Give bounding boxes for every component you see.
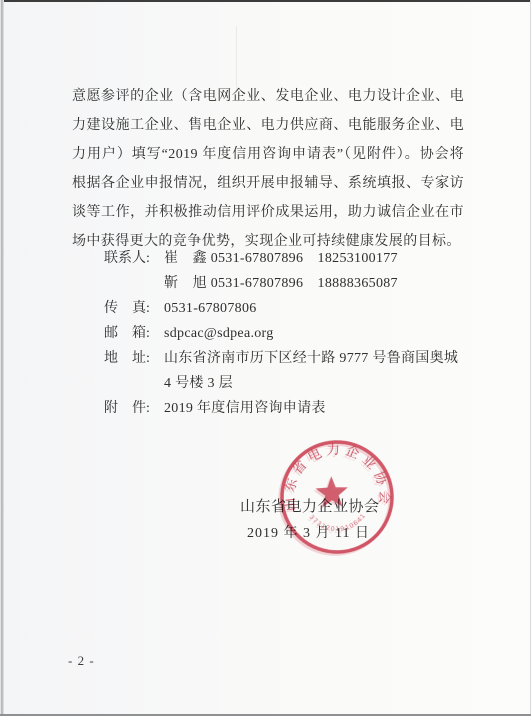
contact-block: 联系人: 崔 鑫 0531-67807896 18253100177 靳 旭 0… [104,246,466,421]
scanned-document-page: 意愿参评的企业（含电网企业、发电企业、电力设计企业、电力建设施工企业、售电企业、… [0,0,531,716]
contact-row: 邮 箱: sdpcac@sdpea.org [104,321,466,346]
contact-row: 传 真: 0531-67807806 [104,296,466,321]
contact-label: 联系人: [104,246,164,271]
scan-edge-top [0,0,531,2]
star-icon [315,476,348,508]
contact-row: 靳 旭 0531-67807896 18888365087 [104,271,466,296]
contact-label: 传 真: [104,296,164,321]
contact-value: 崔 鑫 0531-67807896 18253100177 [164,246,466,271]
contact-label: 地 址: [104,346,164,396]
contact-label [104,271,164,296]
official-seal-graphic: 山东省电力企业协会 3731201910641 [274,434,400,560]
contact-value: 靳 旭 0531-67807896 18888365087 [164,271,466,296]
seal-serial-number: 3731201910641 [308,512,369,534]
contact-row: 附 件: 2019 年度信用咨询申请表 [104,396,466,421]
svg-text:3731201910641: 3731201910641 [308,512,369,534]
body-paragraph: 意愿参评的企业（含电网企业、发电企业、电力设计企业、电力建设施工企业、售电企业、… [72,82,464,256]
contact-label: 邮 箱: [104,321,164,346]
contact-value: 0531-67807806 [164,296,466,321]
official-seal: 山东省电力企业协会 3731201910641 [274,434,400,560]
contact-value: 2019 年度信用咨询申请表 [164,396,466,421]
contact-value: 山东省济南市历下区经十路 9777 号鲁商国奥城 4 号楼 3 层 [164,346,466,396]
scan-edge-left [0,0,4,716]
contact-value: sdpcac@sdpea.org [164,321,466,346]
page-number: - 2 - [68,653,95,669]
contact-label: 附 件: [104,396,164,421]
contact-row: 联系人: 崔 鑫 0531-67807896 18253100177 [104,246,466,271]
contact-row: 地 址: 山东省济南市历下区经十路 9777 号鲁商国奥城 4 号楼 3 层 [104,346,466,396]
